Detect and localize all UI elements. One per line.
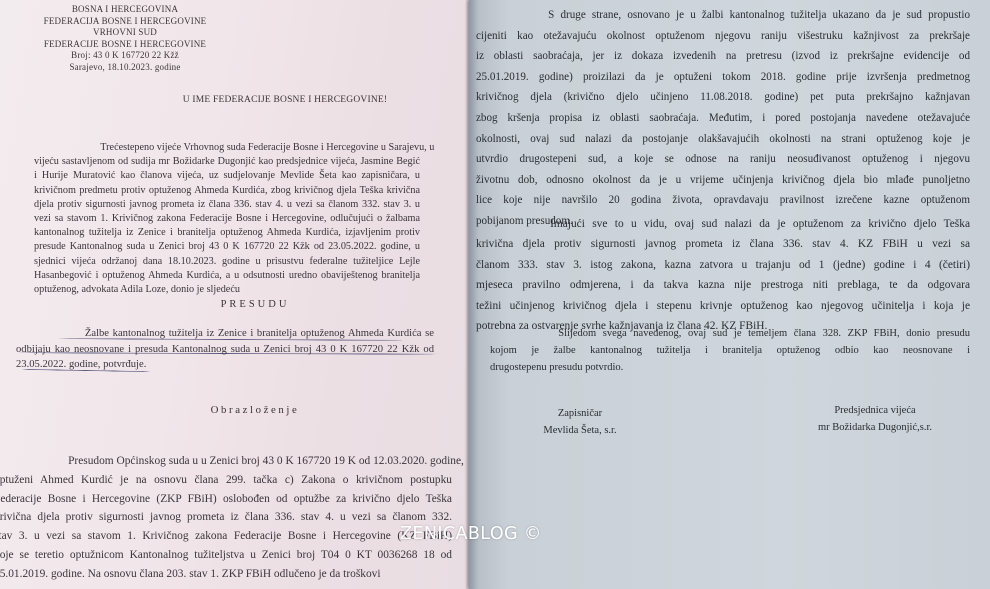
text-line: djela protiv sigurnosti javnog prometa i… [34,198,420,212]
text-line: odbijaju kao neosnovane i presuda Kanton… [16,342,434,358]
president-signature-block: Predsjednica vijeća mr Božidarka Dugonji… [790,402,960,436]
letterhead-line: BOSNA I HERCEGOVINA [20,4,230,16]
president-name: mr Božidarka Dugonjić,s.r. [790,419,960,436]
text-line: krivična djela protiv sigurnosti javnog … [476,234,970,254]
text-line: sjednici vijeća održanoj dana 18.10.2023… [34,255,420,269]
text-line: Imajući sve to u vidu, ovaj sud nalazi d… [476,214,970,234]
text-line: lice koje nije navršilo 20 godina života… [476,190,970,211]
reasoning-paragraph: Presudom Općinskog suda u u Zenici broj … [0,452,452,584]
text-line: cijeniti kao otežavajuću okolnost optuže… [476,26,970,47]
text-line: krivičnog djela (krivično djelo učinjeno… [476,87,970,108]
text-line: krivična djela protiv sigurnosti javnog … [0,508,452,527]
text-line: 25.01.2019. godine. Na osnovu člana 203.… [0,565,452,584]
aggravating-circumstances-paragraph: S druge strane, osnovano je u žalbi kant… [476,5,970,232]
text-line: utvrdio drugostepeni sud, a koje se odno… [476,149,970,170]
text-line: stav 3. u vezi sa stavom 1. Krivičnog za… [0,527,452,546]
left-document-page: BOSNA I HERCEGOVINAFEDERACIJA BOSNE I HE… [0,0,470,589]
president-title: Predsjednica vijeća [790,402,960,419]
text-line: okolnosti, ovaj sud nalazi da postojanje… [476,129,970,150]
text-line: drugostepenu presudu potvrdio. [490,359,970,376]
text-line: iz oblasti saobraćaja, jer iz dokaza izv… [476,46,970,67]
text-line: vezi sa stavom 1. Krivičnog zakona Feder… [34,212,420,226]
intro-paragraph: Trećestepeno vijeće Vrhovnog suda Federa… [34,141,420,297]
letterhead-line: VRHOVNI SUD [20,27,230,39]
verdict-paragraph: Žalbe kantonalnog tužitelja iz Zenice i … [16,326,434,373]
letterhead-line: FEDERACIJA BOSNE I HERCEGOVINE [20,16,230,28]
in-the-name-heading: U IME FEDERACIJE BOSNE I HERCEGOVINE! [0,95,470,105]
text-line: kantonalnog tužitelja iz Zenice i branit… [34,226,420,240]
text-line: vijeću sastavljenom od sudija mr Božidar… [34,155,420,169]
clerk-name: Mevlida Šeta, s.r. [520,422,640,439]
text-line: težini učinjenog krivičnog djela i stepe… [476,296,970,316]
text-line: članom 333. stav 3. istog zakona, kazna … [476,255,970,275]
court-letterhead: BOSNA I HERCEGOVINAFEDERACIJA BOSNE I HE… [20,4,230,74]
letterhead-line: Broj: 43 0 K 167720 22 Kžž [20,50,230,62]
text-line: i Hurije Muratović kao članova vijeća, u… [34,169,420,183]
text-line: životnu dob, odnosno okolnost da je u vr… [476,170,970,191]
text-line: optuženi Ahmed Kurdić je na osnovu člana… [0,471,452,490]
text-line: Federacije Bosne i Hercegovine (ZKP FBiH… [0,490,452,509]
clerk-signature-block: Zapisničar Mevlida Šeta, s.r. [520,405,640,439]
conclusion-paragraph: Slijedom svega navedenog, ovaj sud je te… [490,325,970,376]
clerk-title: Zapisničar [520,405,640,422]
watermark: ZENICABLOG © [400,524,542,544]
text-line: koje se teretio optužnicom Kantonalnog t… [0,546,452,565]
text-line: S druge strane, osnovano je u žalbi kant… [476,5,970,26]
text-line: Presudom Općinskog suda u u Zenici broj … [0,452,452,471]
text-line: Hasanbegović i optuženog Ahmeda Kurdića,… [34,269,420,283]
text-line: presude Kantonalnog suda u Zenici broj 4… [34,240,420,254]
text-line: krivičnom predmetu protiv optuženog Ahme… [34,184,420,198]
text-line: zbog kršenja propisa iz oblasti saobraća… [476,108,970,129]
text-line: optuženog, advokata Adila Loze, donio je… [34,283,420,297]
text-line: mjeseca pravilno odmjerena, i da takva k… [476,275,970,295]
verdict-title: PRESUDU [0,299,470,310]
text-line: Slijedom svega navedenog, ovaj sud je te… [490,325,970,342]
letterhead-line: FEDERACIJE BOSNE I HERCEGOVINE [20,39,230,51]
text-line: kojom je žalbe kantonalnog tužitelja i b… [490,342,970,359]
reasoning-title: Obrazloženje [0,404,470,416]
text-line: 25.01.2019. godine) proizilazi da je opt… [476,67,970,88]
text-line: Trećestepeno vijeće Vrhovnog suda Federa… [34,141,420,155]
letterhead-line: Sarajevo, 18.10.2023. godine [20,62,230,74]
sentence-assessment-paragraph: Imajući sve to u vidu, ovaj sud nalazi d… [476,214,970,336]
